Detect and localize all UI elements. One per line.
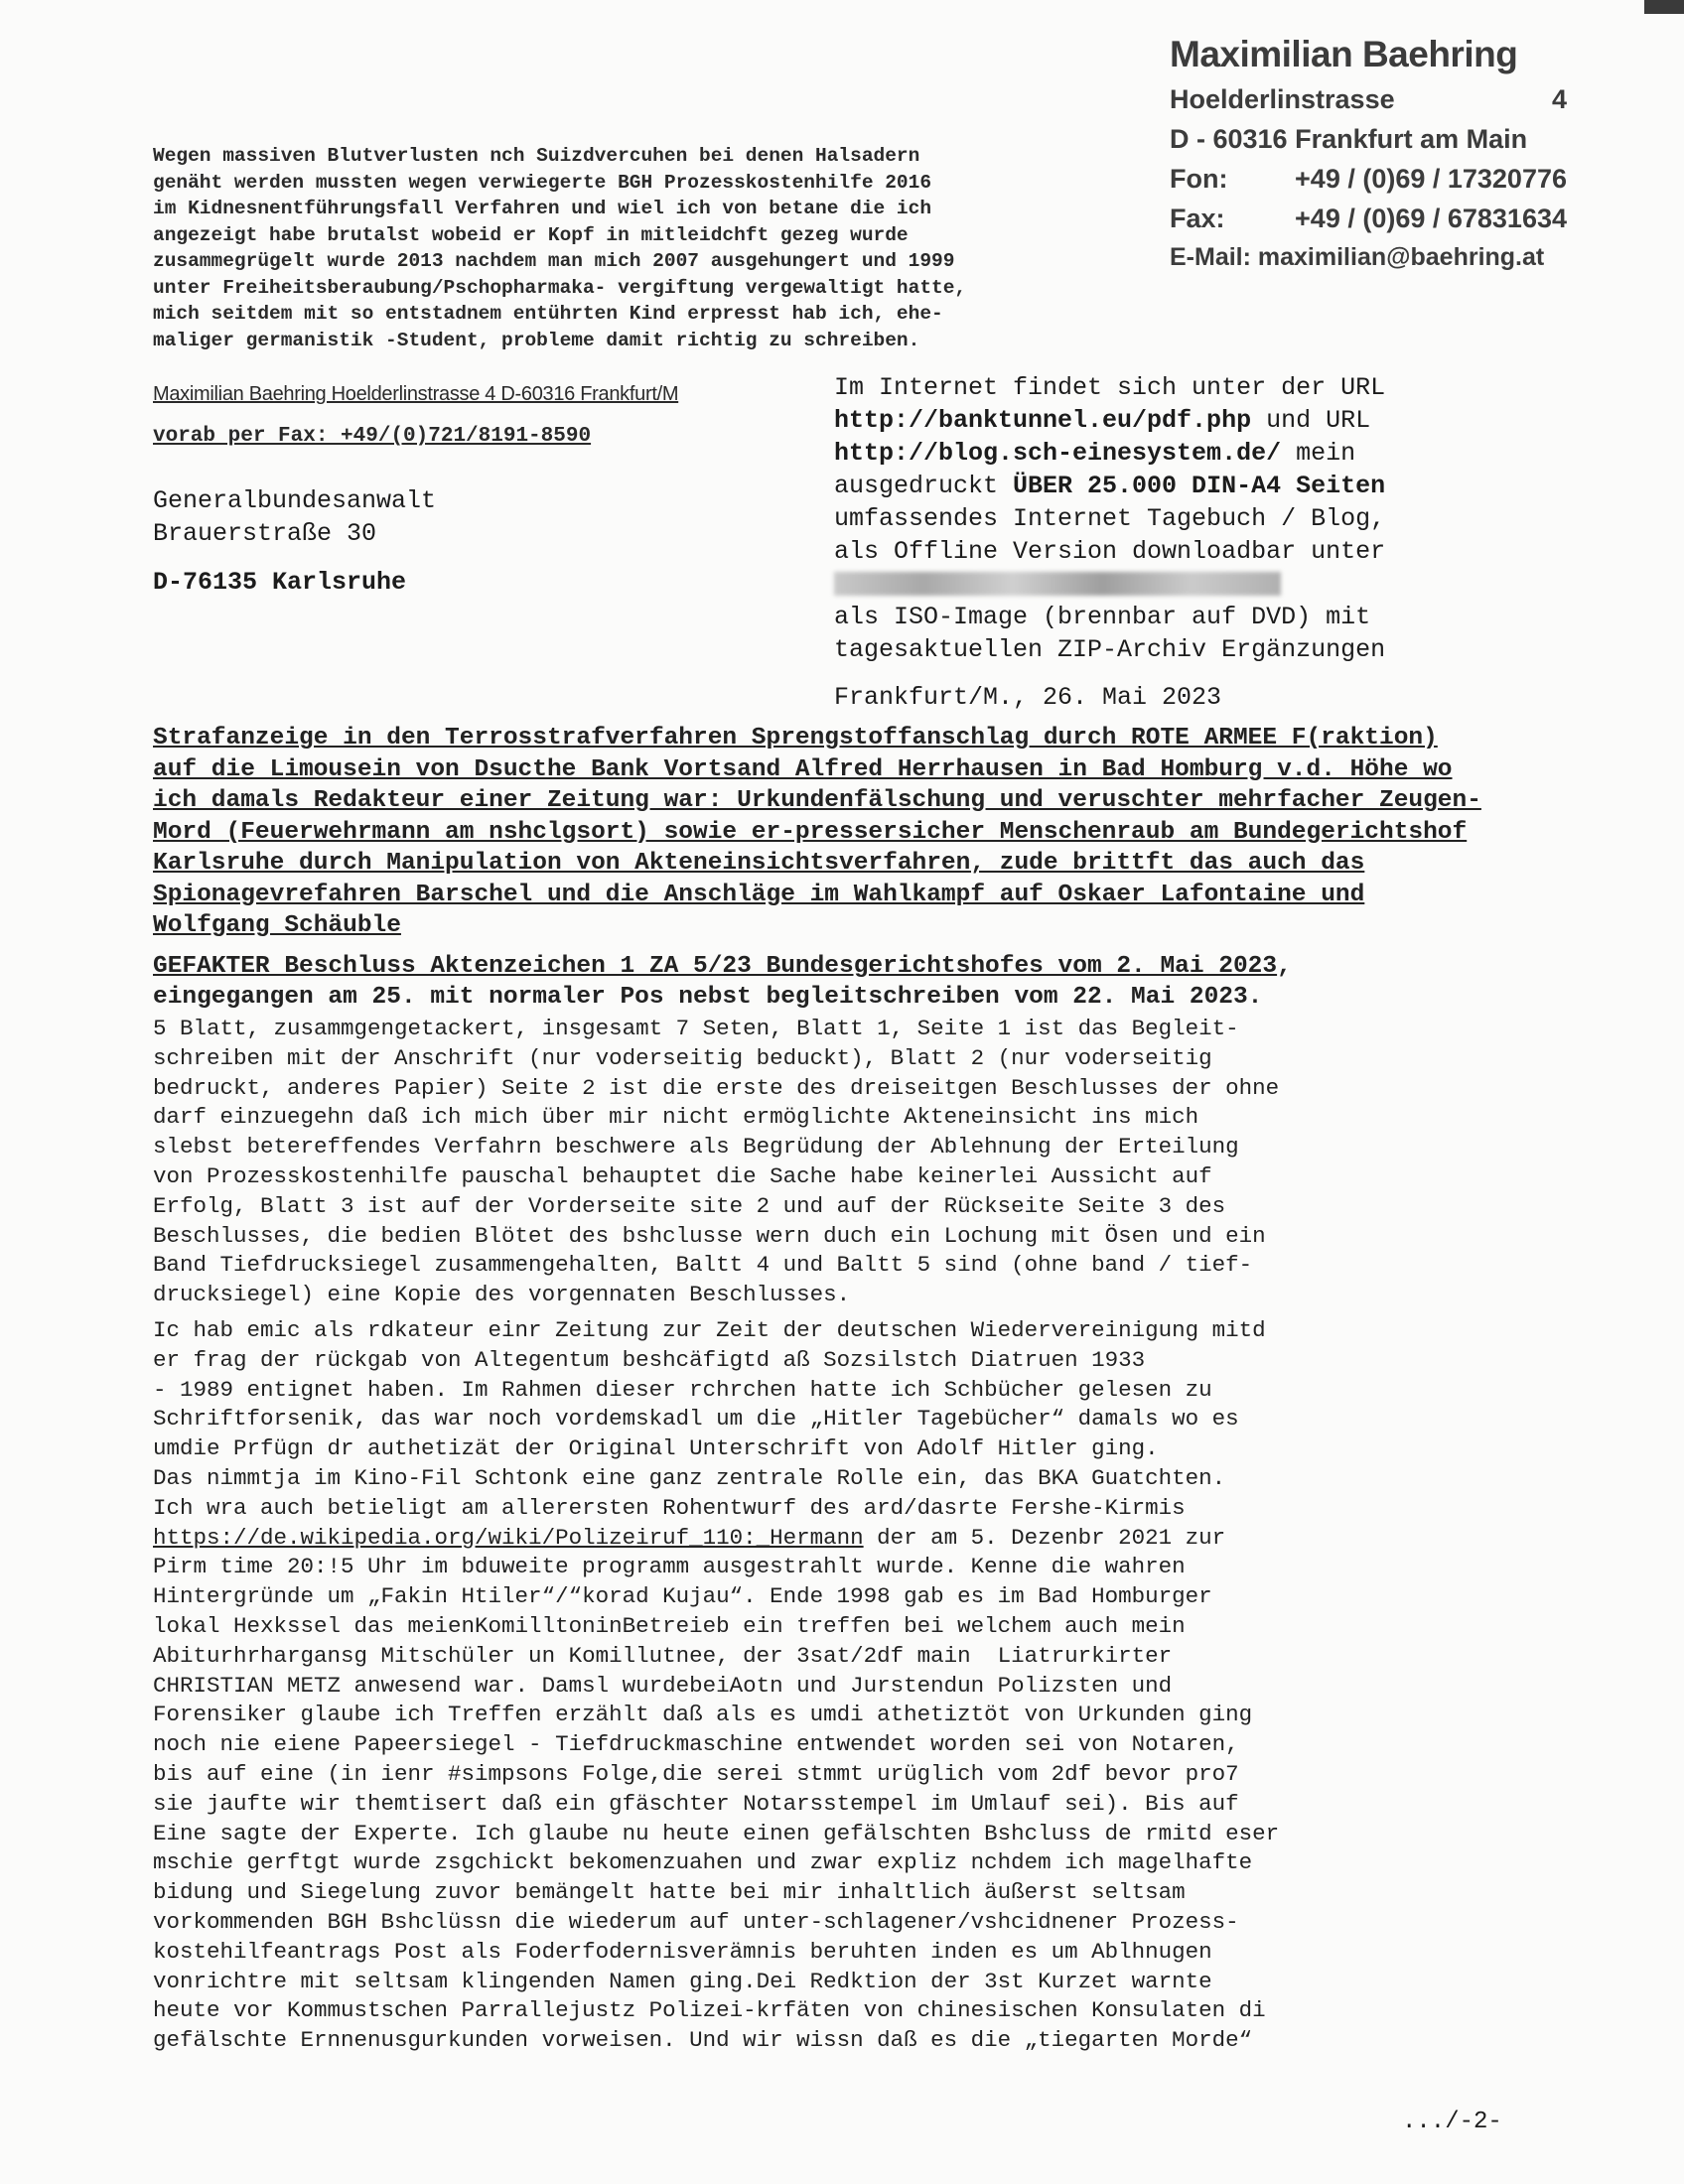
paragraph-2: Ic hab emic als rdkateur einr Zeitung zu…	[153, 1316, 1493, 2056]
fax-row: Fax: +49 / (0)69 / 67831634	[1170, 199, 1567, 238]
sender-return-address: Maximilian Baehring Hoelderlinstrasse 4 …	[153, 383, 678, 406]
decision-line-2: eingegangen am 25. mit normaler Pos nebs…	[153, 982, 1493, 1013]
paragraph-1: 5 Blatt, zusammgengetackert, insgesamt 7…	[153, 1015, 1493, 1310]
page-count-emphasis: ÜBER 25.000 DIN-A4 Seiten	[1013, 472, 1385, 500]
phone-number: +49 / (0)69 / 17320776	[1261, 159, 1567, 199]
street-row: Hoelderlinstrasse 4	[1170, 79, 1567, 119]
redacted-url	[834, 572, 1281, 596]
page-continuation-marker: .../-2-	[1402, 2109, 1502, 2135]
notice-line: umfassendes Internet Tagebuch / Blog,	[834, 502, 1489, 535]
notice-line: ausgedruckt ÜBER 25.000 DIN-A4 Seiten	[834, 470, 1489, 502]
notice-text: ausgedruckt	[834, 472, 1013, 500]
scan-edge-mark	[1644, 0, 1684, 14]
fax-number: +49 / (0)69 / 67831634	[1261, 199, 1567, 238]
advance-fax-line: vorab per Fax: +49/(0)721/8191-8590	[153, 425, 591, 448]
notice-line	[834, 568, 1489, 601]
recipient-name: Generalbundesanwalt	[153, 484, 436, 517]
decision-reference: GEFAKTER Beschluss Aktenzeichen 1 ZA 5/2…	[153, 951, 1493, 1013]
decision-punct: ,	[1277, 953, 1292, 980]
paragraph-2-text: der am 5. Dezenbr 2021 zur Pirm time 20:…	[153, 1525, 1279, 2054]
notice-line: Im Internet findet sich unter der URL	[834, 371, 1489, 404]
wikipedia-link[interactable]: https://de.wikipedia.org/wiki/Polizeiruf…	[153, 1525, 864, 1551]
street: Hoelderlinstrasse	[1170, 79, 1395, 119]
notice-line: als ISO-Image (brennbar auf DVD) mit	[834, 601, 1489, 633]
internet-notice: Im Internet findet sich unter der URL ht…	[834, 371, 1489, 666]
letter-date: Frankfurt/M., 26. Mai 2023	[834, 683, 1221, 712]
decision-title: GEFAKTER Beschluss Aktenzeichen 1 ZA 5/2…	[153, 953, 1277, 980]
notice-text: mein	[1281, 439, 1355, 468]
email: E-Mail: maximilian@baehring.at	[1170, 238, 1567, 276]
letterhead: Maximilian Baehring Hoelderlinstrasse 4 …	[1170, 30, 1567, 276]
fax-label: Fax:	[1170, 199, 1261, 238]
notice-text: und URL	[1251, 406, 1370, 435]
paragraph-2-text: Ic hab emic als rdkateur einr Zeitung zu…	[153, 1317, 1266, 1521]
apology-note: Wegen massiven Blutverlusten nch Suizdve…	[153, 143, 1146, 353]
recipient-street: Brauerstraße 30	[153, 517, 436, 550]
recipient-address: Generalbundesanwalt Brauerstraße 30 D-76…	[153, 484, 436, 599]
house-number: 4	[1552, 79, 1567, 119]
notice-line: http://banktunnel.eu/pdf.php und URL	[834, 404, 1489, 437]
banktunnel-link[interactable]: http://banktunnel.eu/pdf.php	[834, 406, 1251, 435]
decision-line-1: GEFAKTER Beschluss Aktenzeichen 1 ZA 5/2…	[153, 951, 1493, 982]
phone-row: Fon: +49 / (0)69 / 17320776	[1170, 159, 1567, 199]
city: D - 60316 Frankfurt am Main	[1170, 119, 1527, 159]
city-row: D - 60316 Frankfurt am Main	[1170, 119, 1567, 159]
recipient-city: D-76135 Karlsruhe	[153, 566, 436, 599]
notice-line: als Offline Version downloadbar unter	[834, 535, 1489, 568]
notice-line: tagesaktuellen ZIP-Archiv Ergänzungen	[834, 633, 1489, 666]
sender-name: Maximilian Baehring	[1170, 30, 1567, 79]
phone-label: Fon:	[1170, 159, 1261, 199]
blog-link[interactable]: http://blog.sch-einesystem.de/	[834, 439, 1281, 468]
subject-line: Strafanzeige in den Terrosstrafverfahren…	[153, 723, 1493, 942]
notice-line: http://blog.sch-einesystem.de/ mein	[834, 437, 1489, 470]
